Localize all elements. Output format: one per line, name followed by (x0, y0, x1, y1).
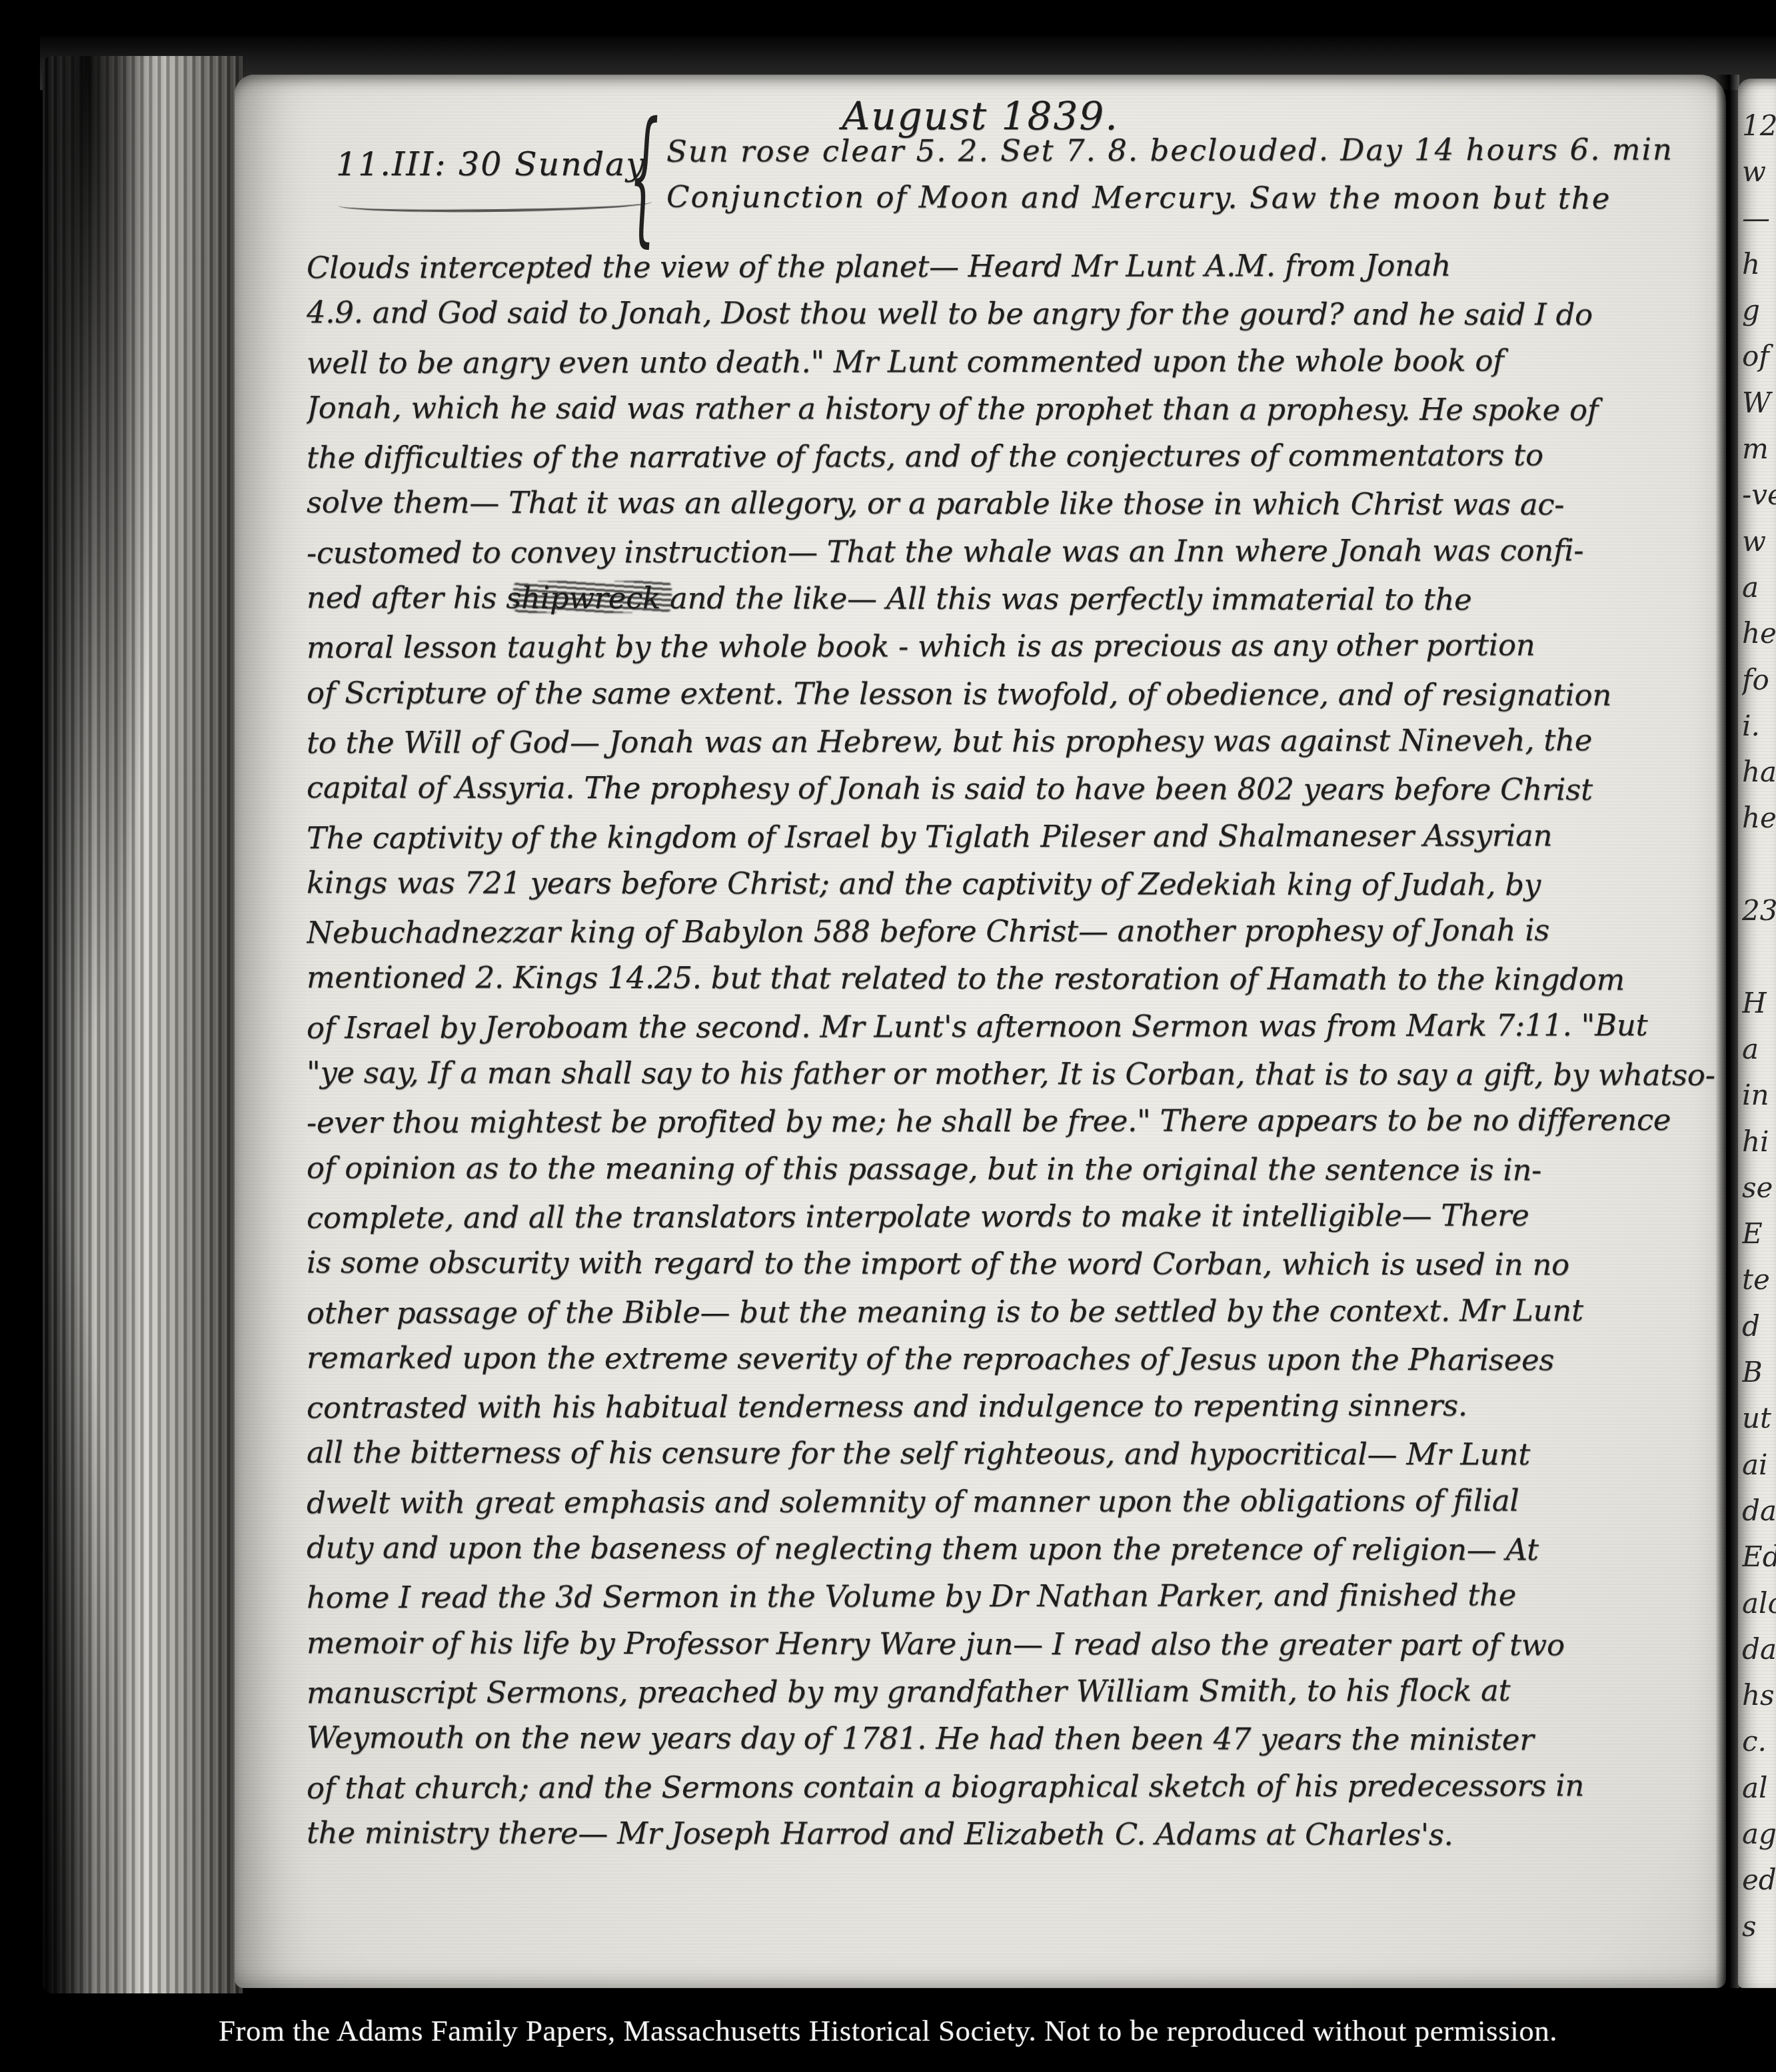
handwritten-line: "ye say, If a man shall say to his fathe… (307, 1049, 1719, 1099)
text-fragment: -ve (1742, 472, 1776, 518)
text-fragment: se (1742, 1165, 1776, 1211)
handwritten-line: the ministry there— Mr Joseph Harrod and… (307, 1809, 1719, 1857)
text-fragment: d (1742, 1303, 1776, 1349)
handwritten-line: solve them— That it was an allegory, or … (307, 479, 1719, 529)
handwritten-line: 4.9. and God said to Jonah, Dost thou we… (307, 288, 1719, 338)
handwritten-line: -customed to convey instruction— That th… (307, 526, 1719, 577)
text-fragment: B (1742, 1349, 1776, 1395)
handwritten-line: The captivity of the kingdom of Israel b… (307, 811, 1719, 861)
handwritten-line: home I read the 3d Sermon in the Volume … (307, 1571, 1719, 1622)
text-fragment: ed (1742, 1857, 1776, 1903)
handwritten-line: Sun rose clear 5. 2. Set 7. 8. beclouded… (666, 127, 1706, 175)
text-fragment: 12 (1742, 103, 1776, 149)
handwritten-line: is some obscurity with regard to the imp… (307, 1239, 1719, 1289)
handwritten-line: kings was 721 years before Christ; and t… (307, 859, 1719, 909)
text-fragment: da (1742, 1488, 1776, 1534)
text-fragment: H (1742, 980, 1776, 1026)
handwritten-line: moral lesson taught by the whole book - … (307, 621, 1719, 672)
entry-intro-lines: Sun rose clear 5. 2. Set 7. 8. beclouded… (666, 127, 1706, 222)
handwritten-line: mentioned 2. Kings 14.25. but that relat… (307, 954, 1719, 1004)
diary-page: August 1839. 11.III: 30 Sunday { Sun ros… (235, 75, 1726, 1988)
entry-brace: { (629, 103, 659, 248)
handwritten-line: Conjunction of Moon and Mercury. Saw the… (666, 173, 1706, 222)
facing-page-text-fragments: 12w—hgofWm-vewahefoi.hahe23HainhiseEtedB… (1742, 103, 1776, 1949)
text-fragment: g (1742, 287, 1776, 333)
text-fragment: ha (1742, 749, 1776, 795)
handwritten-line: dwelt with great emphasis and solemnity … (307, 1476, 1719, 1526)
crossed-out-word-scribble (513, 581, 672, 613)
text-fragment: s (1742, 1903, 1776, 1949)
text-fragment: W (1742, 380, 1776, 426)
text-fragment: w (1742, 518, 1776, 564)
text-fragment: in (1742, 1072, 1776, 1118)
text-fragment: Ed (1742, 1534, 1776, 1580)
handwritten-line: of that church; and the Sermons contain … (307, 1761, 1719, 1812)
handwritten-line: Nebuchadnezzar king of Babylon 588 befor… (307, 906, 1719, 957)
margin-date-label: 11.III: 30 Sunday (336, 145, 646, 183)
handwritten-line: Jonah, which he said was rather a histor… (307, 384, 1719, 434)
book-spine-page-edges (43, 56, 243, 1993)
margin-underline-flourish (339, 191, 652, 214)
handwritten-line: other passage of the Bible— but the mean… (307, 1286, 1719, 1336)
text-fragment: a (1742, 1026, 1776, 1072)
text-fragment: m (1742, 426, 1776, 472)
text-fragment: h (1742, 241, 1776, 287)
text-fragment: te (1742, 1257, 1776, 1302)
text-fragment: hi (1742, 1119, 1776, 1165)
text-fragment (1742, 841, 1776, 887)
handwritten-line: manuscript Sermons, preached by my grand… (307, 1666, 1719, 1717)
text-fragment: ai (1742, 1442, 1776, 1488)
handwritten-line: of Israel by Jeroboam the second. Mr Lun… (307, 1001, 1719, 1052)
text-fragment: fo (1742, 657, 1776, 703)
handwritten-line: the difficulties of the narrative of fac… (307, 431, 1719, 482)
handwritten-line: all the bitterness of his censure for th… (307, 1429, 1719, 1479)
handwritten-line: of Scripture of the same extent. The les… (307, 669, 1719, 719)
text-fragment: he (1742, 795, 1776, 841)
text-fragment: i. (1742, 703, 1776, 749)
text-fragment: — (1742, 195, 1776, 241)
handwritten-line: remarked upon the extreme severity of th… (307, 1334, 1719, 1384)
text-fragment: da (1742, 1626, 1776, 1672)
handwritten-line: to the Will of God— Jonah was an Hebrew,… (307, 716, 1719, 767)
handwritten-line: -ever thou mightest be profited by me; h… (307, 1096, 1719, 1147)
page-gutter-shadow (1715, 75, 1739, 1988)
text-fragment: w (1742, 149, 1776, 195)
archive-caption: From the Adams Family Papers, Massachuse… (0, 2013, 1776, 2048)
handwritten-line: contrasted with his habitual tenderness … (307, 1381, 1719, 1432)
handwritten-line: duty and upon the baseness of neglecting… (307, 1524, 1719, 1574)
text-fragment: ut (1742, 1395, 1776, 1441)
handwritten-line: capital of Assyria. The prophesy of Jona… (307, 764, 1719, 813)
handwritten-line: Clouds intercepted the view of the plane… (307, 243, 1719, 292)
handwritten-line: memoir of his life by Professor Henry Wa… (307, 1619, 1719, 1669)
text-fragment: alo (1742, 1580, 1776, 1626)
handwritten-line: Weymouth on the new years day of 1781. H… (307, 1714, 1719, 1764)
text-fragment: c. (1742, 1718, 1776, 1764)
text-fragment: ag (1742, 1811, 1776, 1857)
handwritten-line: well to be angry even unto death." Mr Lu… (307, 336, 1719, 386)
text-fragment: a (1742, 564, 1776, 610)
text-fragment: he (1742, 610, 1776, 656)
text-fragment: hs (1742, 1672, 1776, 1718)
text-fragment: al (1742, 1765, 1776, 1811)
text-fragment: of (1742, 333, 1776, 379)
text-fragment: 23 (1742, 887, 1776, 933)
entry-body-lines: Clouds intercepted the view of the plane… (307, 243, 1719, 1857)
handwritten-line: of opinion as to the meaning of this pas… (307, 1144, 1719, 1194)
facing-page-sliver: 12w—hgofWm-vewahefoi.hahe23HainhiseEtedB… (1738, 79, 1776, 1988)
handwritten-line: complete, and all the translators interp… (307, 1191, 1719, 1242)
text-fragment (1742, 933, 1776, 979)
text-fragment: E (1742, 1211, 1776, 1257)
